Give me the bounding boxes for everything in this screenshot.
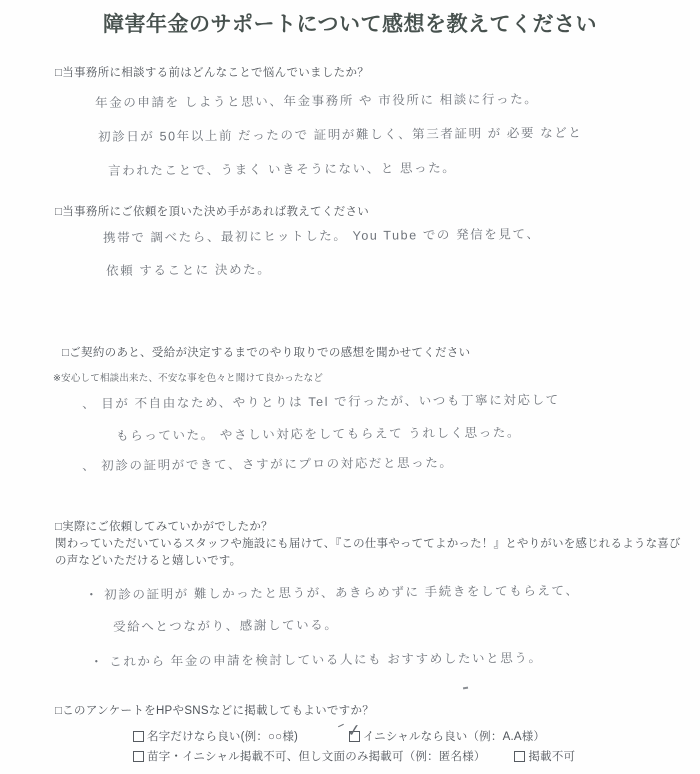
answer-line: 受給へとつながり、感謝している。 (113, 615, 339, 635)
question-note: ※安心して相談出来た、不安な事を色々と聞けて良かったなど (53, 370, 323, 384)
survey-scan-page: 障害年金のサポートについて感想を教えてください □当事務所に相談する前はどんなこ… (0, 0, 700, 774)
question-publish-consent: □このアンケートをHPやSNSなどに掲載してもよいですか？ (55, 702, 374, 718)
stray-pen-mark (463, 687, 468, 689)
question-process-impression: □ご契約のあと、受給が決定するまでのやり取りでの感想を聞かせてください (62, 344, 470, 360)
option-label: 掲載不可 (528, 748, 575, 764)
checkbox-unchecked-icon (133, 751, 144, 762)
option-initials-ok: ✓ イニシャルなら良い（例：A.A様） (349, 728, 545, 744)
option-surname-only: 名字だけなら良い(例：○○様) (133, 728, 298, 744)
answer-line: 初診日が 50年以上前 だったので 証明が難しく、第三者証明 が 必要 などと (98, 123, 583, 145)
answer-line: 言われたことで、うまく いきそうにない、と 思った。 (108, 158, 456, 179)
option-label: 苗字・イニシャル掲載不可、但し文面のみ掲載可（例：匿名様） (147, 748, 486, 764)
answer-line: 、 目が 不自由なため、やりとりは Tel で行ったが、いつも丁寧に対応して (82, 390, 560, 412)
checkbox-unchecked-icon (514, 751, 525, 762)
checkbox-checked-icon: ✓ (349, 731, 360, 742)
handwritten-check-icon: ✓ (346, 720, 362, 741)
answer-line: 、 初診の証明ができて、さすがにプロの対応だと思った。 (82, 453, 454, 474)
question-overall-sub: の声などいただけると嬉しいです。 (55, 553, 241, 570)
answer-line: もらっていた。 やさしい対応をしてもらえて うれしく思った。 (116, 422, 521, 444)
answer-line: 年金の申請を しようと思い、年金事務所 や 市役所に 相談に行った。 (95, 89, 538, 111)
page-title: 障害年金のサポートについて感想を教えてください (0, 8, 700, 38)
answer-line: ・ 初診の証明が 難しかったと思うが、あきらめずに 手続きをしてもらえて、 (85, 581, 580, 603)
question-deciding-factor: □当事務所にご依頼を頂いた決め手があれば教えてください (55, 203, 369, 219)
option-label: 名字だけなら良い(例：○○様) (147, 728, 298, 744)
question-overall: □実際にご依頼してみていかがでしたか？ (55, 519, 273, 536)
question-overall-sub: 関わっていただいているスタッフや施設にも届けて、『この仕事やっててよかった！』と… (55, 536, 681, 553)
checkbox-unchecked-icon (133, 731, 144, 742)
consent-options-row-1: 名字だけなら良い(例：○○様) ✓ イニシャルなら良い（例：A.A様） (133, 728, 545, 745)
consent-options-row-2: 苗字・イニシャル掲載不可、但し文面のみ掲載可（例：匿名様） 掲載不可 (133, 748, 575, 765)
option-no-publish: 掲載不可 (514, 748, 575, 764)
question-before-consult: □当事務所に相談する前はどんなことで悩んでいましたか？ (55, 64, 369, 80)
answer-line: 依頼 することに 決めた。 (106, 260, 271, 279)
pen-dash-icon (338, 723, 344, 727)
option-text-only: 苗字・イニシャル掲載不可、但し文面のみ掲載可（例：匿名様） (133, 748, 486, 764)
answer-line: ・ これから 年金の申請を検討している人にも おすすめしたいと思う。 (90, 648, 543, 670)
answer-line: 携帯で 調べたら、最初にヒットした。 You Tube での 発信を見て、 (103, 224, 540, 246)
option-label: イニシャルなら良い（例：A.A様） (363, 728, 545, 744)
